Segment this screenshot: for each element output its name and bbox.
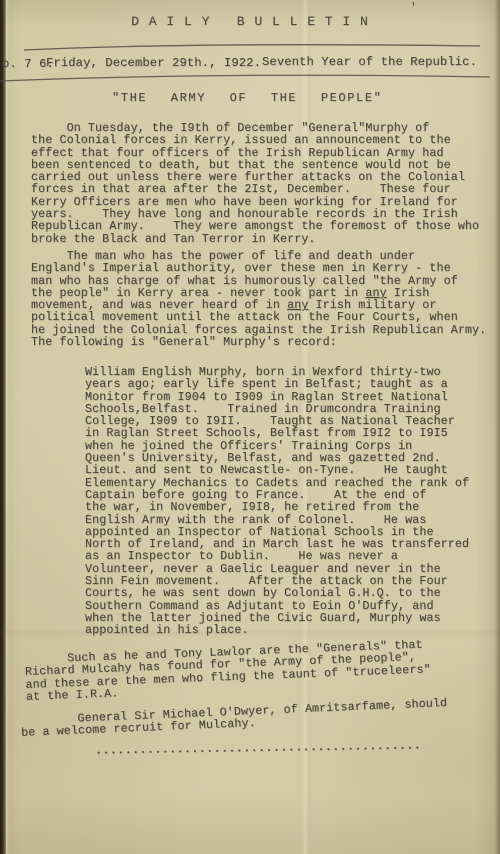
masthead-title: D A I L Y B U L L E T I N <box>0 16 500 28</box>
paragraph-announcement: On Tuesday, the I9th of December "Genera… <box>31 122 479 245</box>
paragraph-murphy-intro: The man who has the power of life and de… <box>31 250 486 348</box>
paragraph-odwyer-remark: General Sir Michael O'Dwyer, of Amritsar… <box>20 697 447 739</box>
dotted-divider: ........................................… <box>95 739 421 756</box>
paragraph-generals-taunt: Such as he and Tony Lawlor are the "Gene… <box>24 638 431 703</box>
rule-below-dateline <box>0 75 490 81</box>
issue-year-of-republic: Seventh Year of the Republic. <box>262 56 477 68</box>
rule-above-dateline <box>24 45 480 50</box>
paper-edge-highlight <box>6 0 9 854</box>
document-page: ' D A I L Y B U L L E T I N o. 7 6. Frid… <box>0 0 500 854</box>
stray-ink-mark: ' <box>410 2 417 14</box>
article-headline: "THE ARMY OF THE PEOPLE" <box>112 92 382 104</box>
murphy-record-blockquote: William English Murphy, born in Wexford … <box>85 366 469 637</box>
issue-date: Friday, December 29th., I922. <box>46 57 261 69</box>
scan-edge-right <box>494 0 500 854</box>
